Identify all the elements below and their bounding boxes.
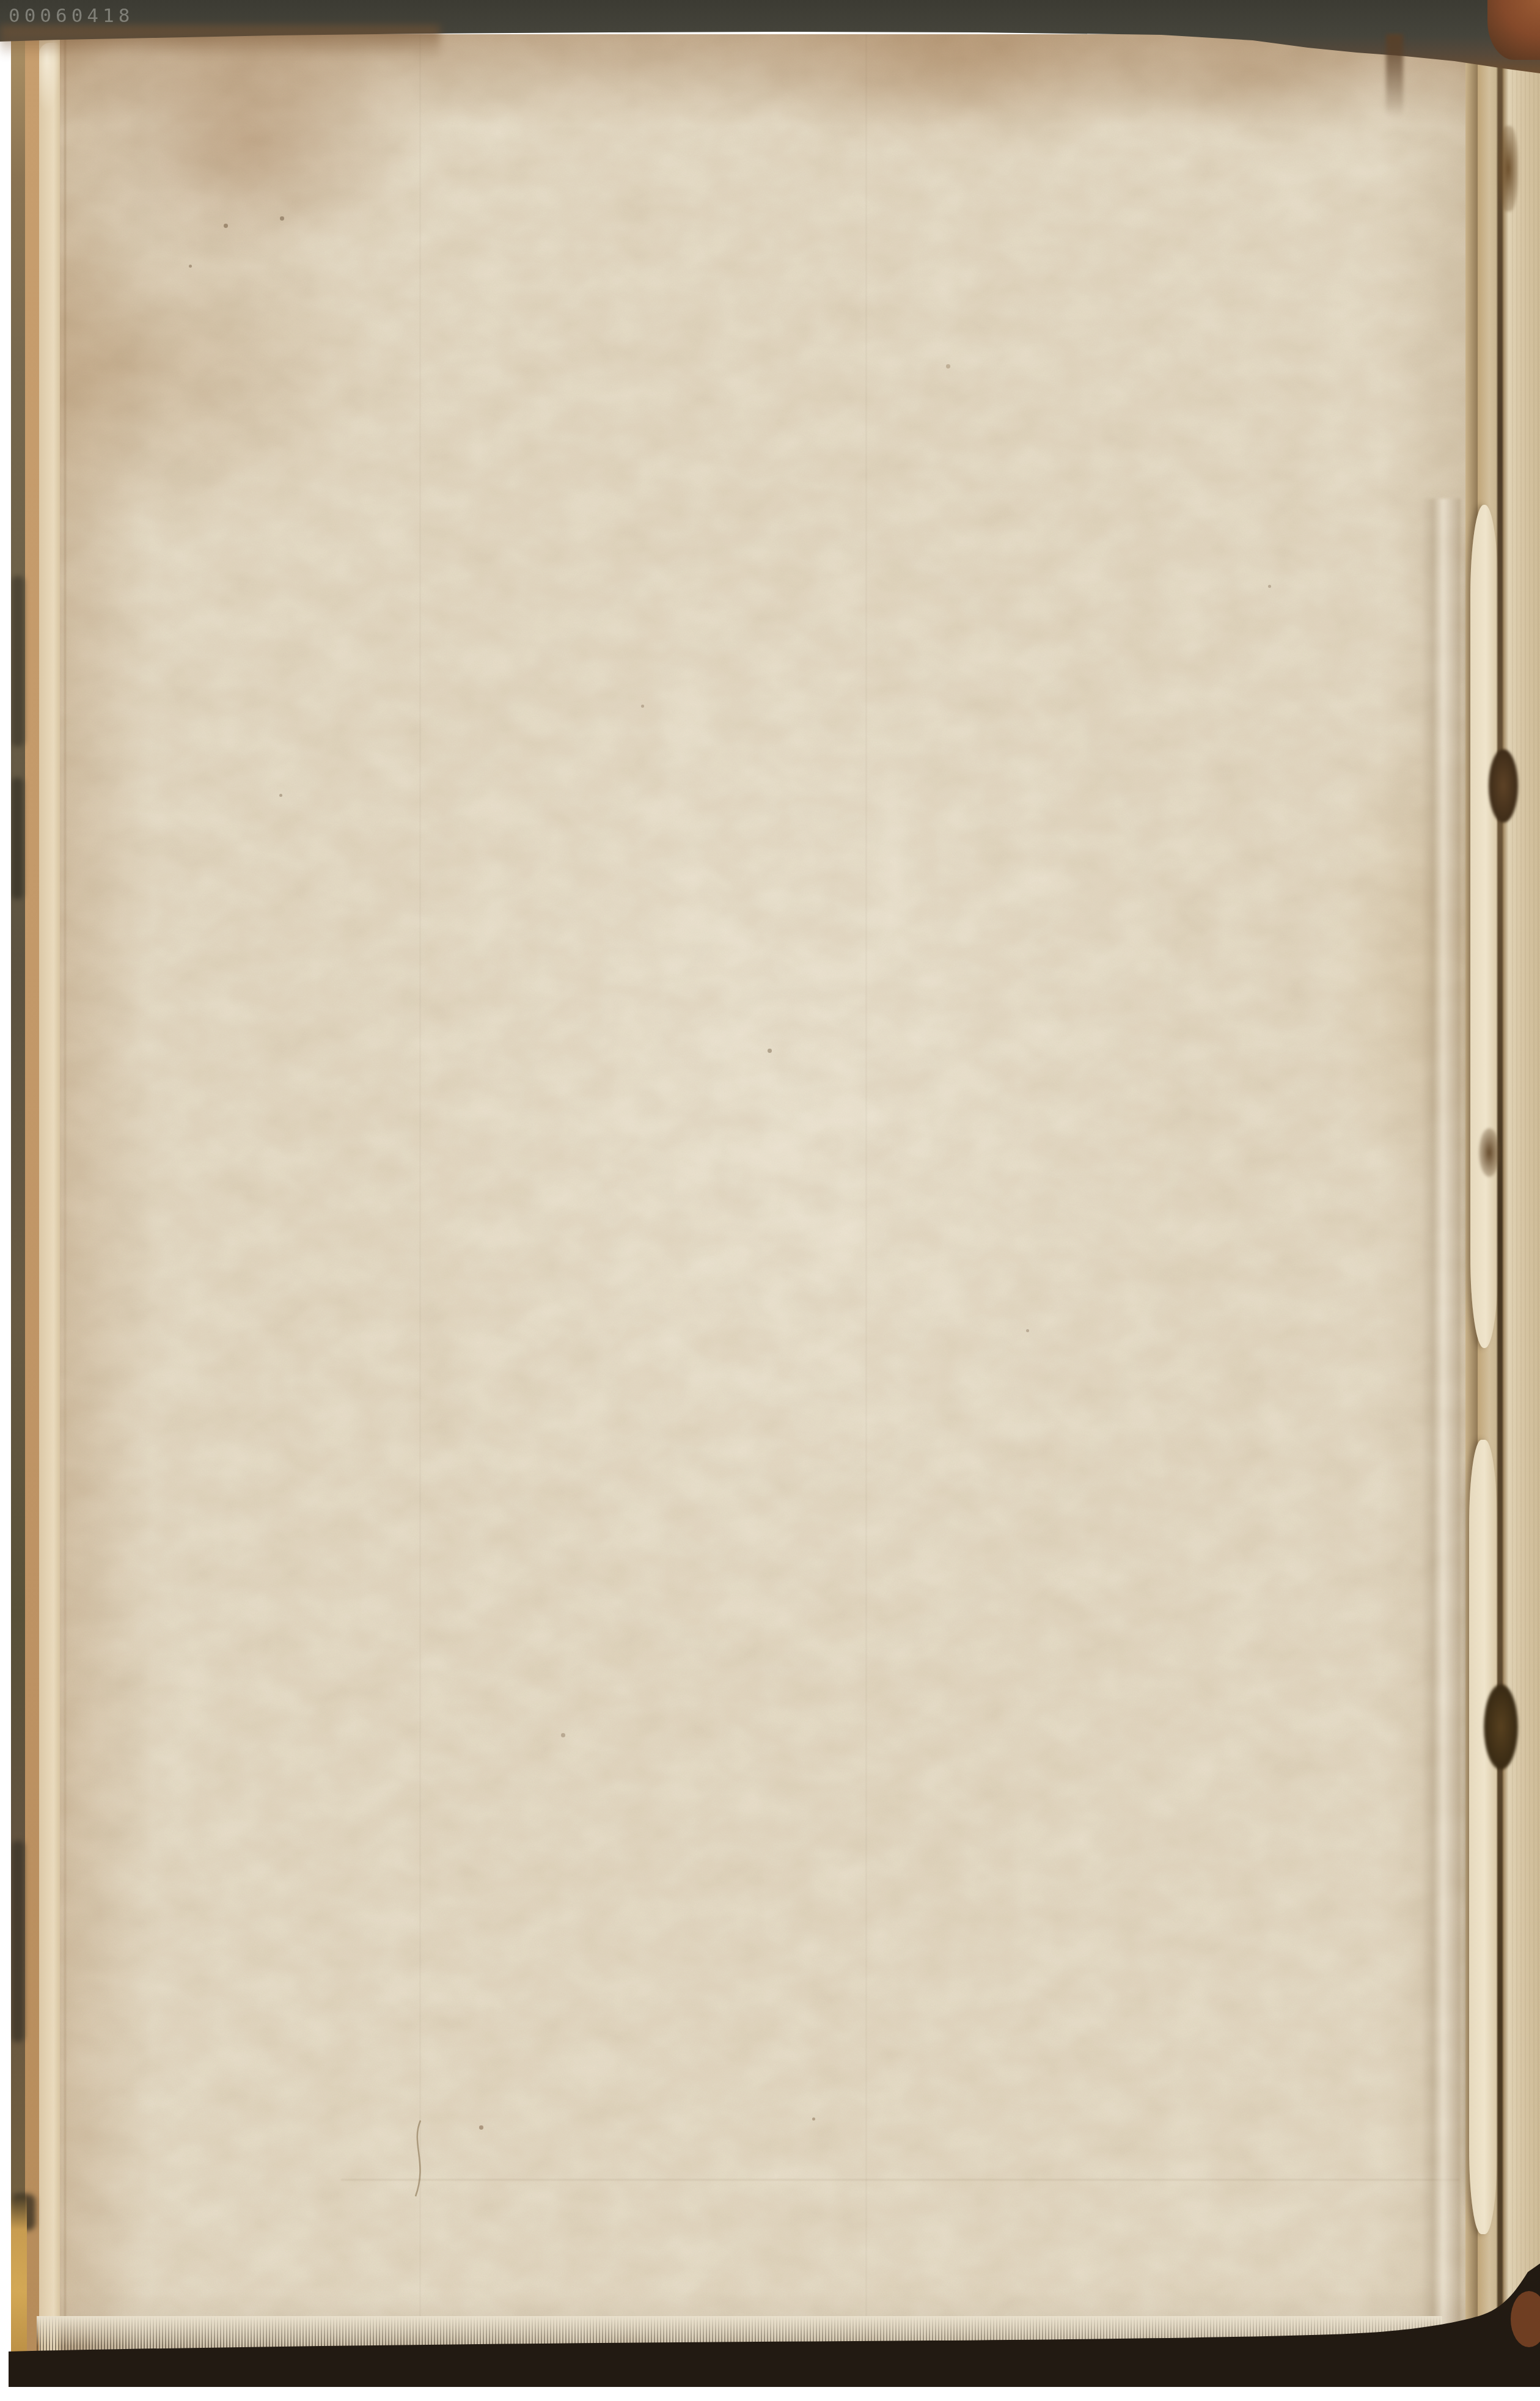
- top-band-stain-drip: [1386, 34, 1403, 119]
- scan-id-label: 00060418: [9, 5, 134, 27]
- binding-knot: [1484, 1684, 1518, 1770]
- torn-page-stub: [1469, 1440, 1497, 2234]
- left-edge-stain: [11, 576, 24, 747]
- gutter-crevice-line: [1497, 34, 1503, 2332]
- left-edge-tan-strip: [25, 38, 39, 2356]
- bottom-scanner-margin: [0, 2387, 1540, 2401]
- binding-paper-grain: [1512, 34, 1540, 2332]
- left-page-edges: [11, 38, 60, 2356]
- top-band-brown-fade: [0, 26, 440, 57]
- binding-knot: [1479, 1128, 1500, 1177]
- left-scanner-margin: [0, 37, 11, 2401]
- blank-book-page: [60, 34, 1465, 2353]
- torn-page-stub: [1470, 505, 1498, 1348]
- binding-gutter: [1465, 34, 1540, 2332]
- vertical-crease-line: [64, 34, 66, 2353]
- right-fold-ridge: [1421, 499, 1461, 2350]
- book-scan-image: 00060418: [0, 0, 1540, 2401]
- binding-knot: [1489, 749, 1518, 823]
- left-edge-stain: [11, 777, 23, 900]
- paper-blotch-texture: [60, 34, 1465, 2353]
- hair-fiber: [400, 2119, 436, 2199]
- left-edge-cream-strip: [39, 38, 60, 2356]
- binding-stain: [1498, 126, 1518, 211]
- left-edge-stain: [11, 1841, 24, 2042]
- bottom-scanner-band: [0, 2255, 1540, 2401]
- impressed-plate-line: [341, 2179, 1459, 2180]
